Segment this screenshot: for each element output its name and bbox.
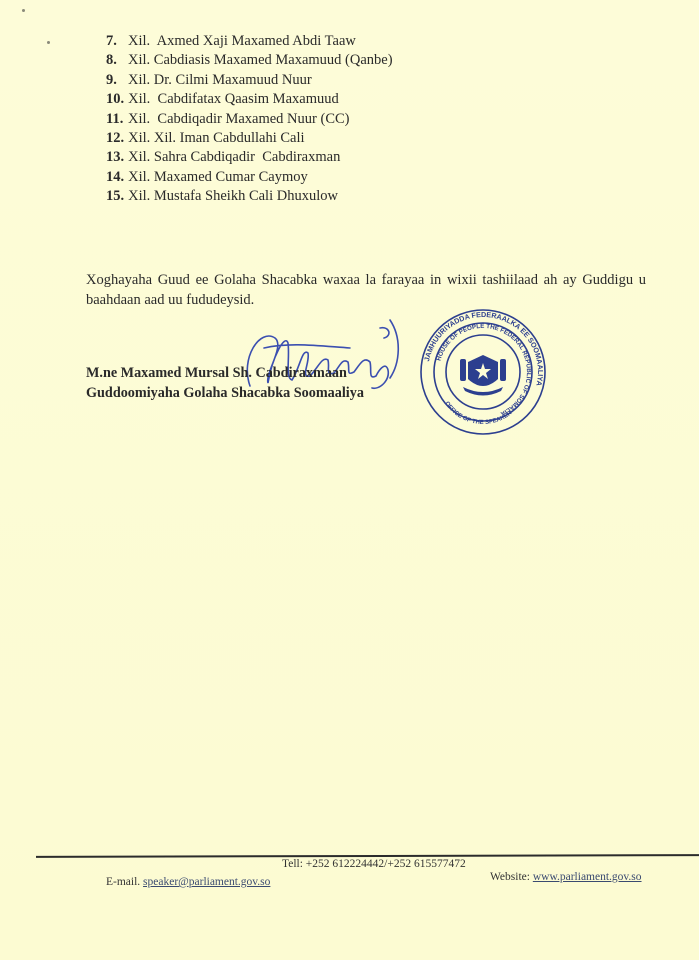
list-item-text: Xil. Maxamed Cumar Caymoy: [128, 169, 308, 185]
list-item: 7.Xil. Axmed Xaji Maxamed Abdi Taaw: [106, 32, 393, 51]
footer-email: E-mail. speaker@parliament.gov.so: [106, 876, 270, 888]
list-item-text: Xil. Cabdiasis Maxamed Maxamuud (Qanbe): [128, 52, 393, 68]
email-label: E-mail.: [106, 876, 140, 888]
official-seal-icon: JAMHUURIYADDA FEDERAALKA EE SOOMAALIYA H…: [418, 307, 548, 437]
list-item: 11.Xil. Cabdiqadir Maxamed Nuur (CC): [106, 110, 393, 129]
list-item: 8.Xil. Cabdiasis Maxamed Maxamuud (Qanbe…: [106, 51, 393, 70]
signatory-title: Guddoomiyaha Golaha Shacabka Soomaaliya: [86, 383, 364, 403]
signatory-block: M.ne Maxamed Mursal Sh. Cabdiraxmaan Gud…: [86, 363, 364, 403]
footer-telephone: Tell: +252 612224442/+252 615577472: [282, 858, 466, 870]
list-item-number: 10.: [106, 90, 124, 109]
list-item-number: 11.: [106, 110, 124, 129]
list-item-text: Xil. Axmed Xaji Maxamed Abdi Taaw: [128, 33, 356, 49]
list-item-number: 13.: [106, 148, 124, 167]
list-item-number: 15.: [106, 187, 124, 206]
list-item: 9.Xil. Dr. Cilmi Maxamuud Nuur: [106, 71, 393, 90]
list-item-text: Xil. Mustafa Sheikh Cali Dhuxulow: [128, 188, 338, 204]
member-list: 7.Xil. Axmed Xaji Maxamed Abdi Taaw8.Xil…: [106, 32, 393, 207]
list-item: 15.Xil. Mustafa Sheikh Cali Dhuxulow: [106, 187, 393, 206]
list-item: 13.Xil. Sahra Cabdiqadir Cabdiraxman: [106, 148, 393, 167]
website-label: Website:: [490, 871, 530, 883]
footer-website: Website: www.parliament.gov.so: [490, 871, 642, 883]
list-item: 10.Xil. Cabdifatax Qaasim Maxamuud: [106, 90, 393, 109]
email-link[interactable]: speaker@parliament.gov.so: [143, 876, 270, 888]
list-item-number: 7.: [106, 32, 124, 51]
list-item-number: 14.: [106, 168, 124, 187]
list-item-text: Xil. Cabdiqadir Maxamed Nuur (CC): [128, 111, 350, 127]
list-item-number: 9.: [106, 71, 124, 90]
list-item-text: Xil. Cabdifatax Qaasim Maxamuud: [128, 91, 339, 107]
scan-speck: [47, 41, 50, 44]
list-item-text: Xil. Xil. Iman Cabdullahi Cali: [128, 130, 304, 146]
website-link[interactable]: www.parliament.gov.so: [533, 871, 642, 883]
document-page: 7.Xil. Axmed Xaji Maxamed Abdi Taaw8.Xil…: [0, 0, 699, 960]
signatory-name: M.ne Maxamed Mursal Sh. Cabdiraxmaan: [86, 363, 364, 383]
list-item-number: 8.: [106, 51, 124, 70]
scan-speck: [22, 9, 25, 12]
list-item: 12.Xil. Xil. Iman Cabdullahi Cali: [106, 129, 393, 148]
instruction-paragraph: Xoghayaha Guud ee Golaha Shacabka waxaa …: [86, 270, 646, 310]
list-item: 14.Xil. Maxamed Cumar Caymoy: [106, 168, 393, 187]
list-item-number: 12.: [106, 129, 124, 148]
list-item-text: Xil. Dr. Cilmi Maxamuud Nuur: [128, 72, 312, 88]
list-item-text: Xil. Sahra Cabdiqadir Cabdiraxman: [128, 149, 340, 165]
